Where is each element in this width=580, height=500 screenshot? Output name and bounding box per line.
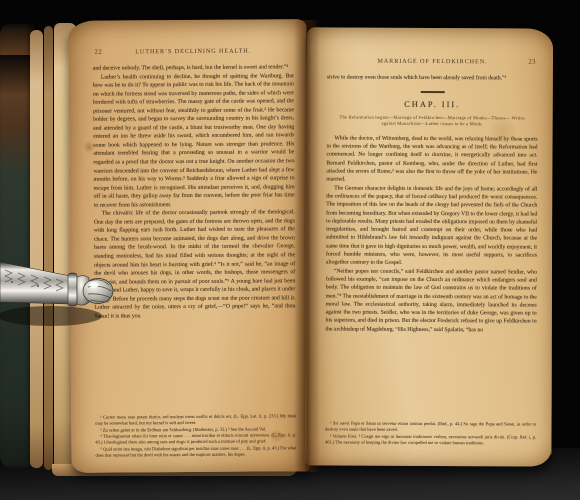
footnote: ⁴ Theologisantur etiam ibi inter retia e… [95, 432, 296, 445]
paragraph: strive to destroy even those souls which… [327, 73, 538, 82]
book-spine-binding [0, 24, 34, 468]
book-photo: 22 LUTHER’S DECLINING HEALTH. and deceiv… [0, 0, 580, 500]
right-running-head: MARRIAGE OF FELDKIRCHEN. [377, 58, 487, 66]
paragraph: The German character delights in domesti… [326, 184, 537, 268]
right-page-number: 23 [528, 59, 536, 66]
footnote: ⁵ Quid enim ista imago, nisi Diabolum si… [95, 445, 296, 458]
footnote: ² Volume First. ³ Coegit me ergo ut huma… [325, 433, 536, 446]
paragraph: “Neither popes nor councils,” said Feldk… [326, 267, 537, 334]
left-running-head-row: 22 LUTHER’S DECLINING HEALTH. [93, 47, 294, 58]
paragraph: Luther’s health continuing to decline, h… [93, 72, 295, 210]
silver-hand-pointer-icon [0, 250, 118, 338]
left-page-text: and deceive nobody. The shell, perhaps, … [93, 63, 296, 321]
right-page: MARRIAGE OF FELDKIRCHEN. 23 strive to de… [305, 27, 553, 466]
footnote: ¹ Cortex meus esse potest durior, sed nu… [95, 414, 296, 427]
page-edges-strip [44, 26, 53, 470]
page-edges-strip [30, 30, 43, 468]
chapter-heading: CHAP. III. [327, 99, 538, 109]
footnote: ¹ Sic sævit Papa et Satan ut servetur et… [325, 421, 536, 434]
right-page-footnotes: ¹ Sic sævit Papa et Satan ut servetur et… [325, 421, 536, 447]
left-page-number: 22 [95, 49, 103, 56]
carryover-text: strive to destroy even those souls which… [327, 73, 538, 82]
left-page: 22 LUTHER’S DECLINING HEALTH. and deceiv… [68, 19, 309, 473]
chapter-summary: The Reformation begins—Marriage of Feldk… [333, 114, 532, 127]
paragraph: While the doctor, of Wittemberg, dead to… [326, 134, 537, 185]
chapter-divider-rule [420, 91, 444, 93]
left-running-head: LUTHER’S DECLINING HEALTH. [135, 48, 251, 56]
right-running-head-row: MARRIAGE OF FELDKIRCHEN. 23 [327, 57, 538, 68]
right-page-text: While the doctor, of Wittemberg, dead to… [326, 134, 538, 334]
paragraph: The chivalric life of the doctor occasio… [94, 209, 296, 322]
left-page-footnotes: ¹ Cortex meus esse potest durior, sed nu… [95, 414, 296, 459]
